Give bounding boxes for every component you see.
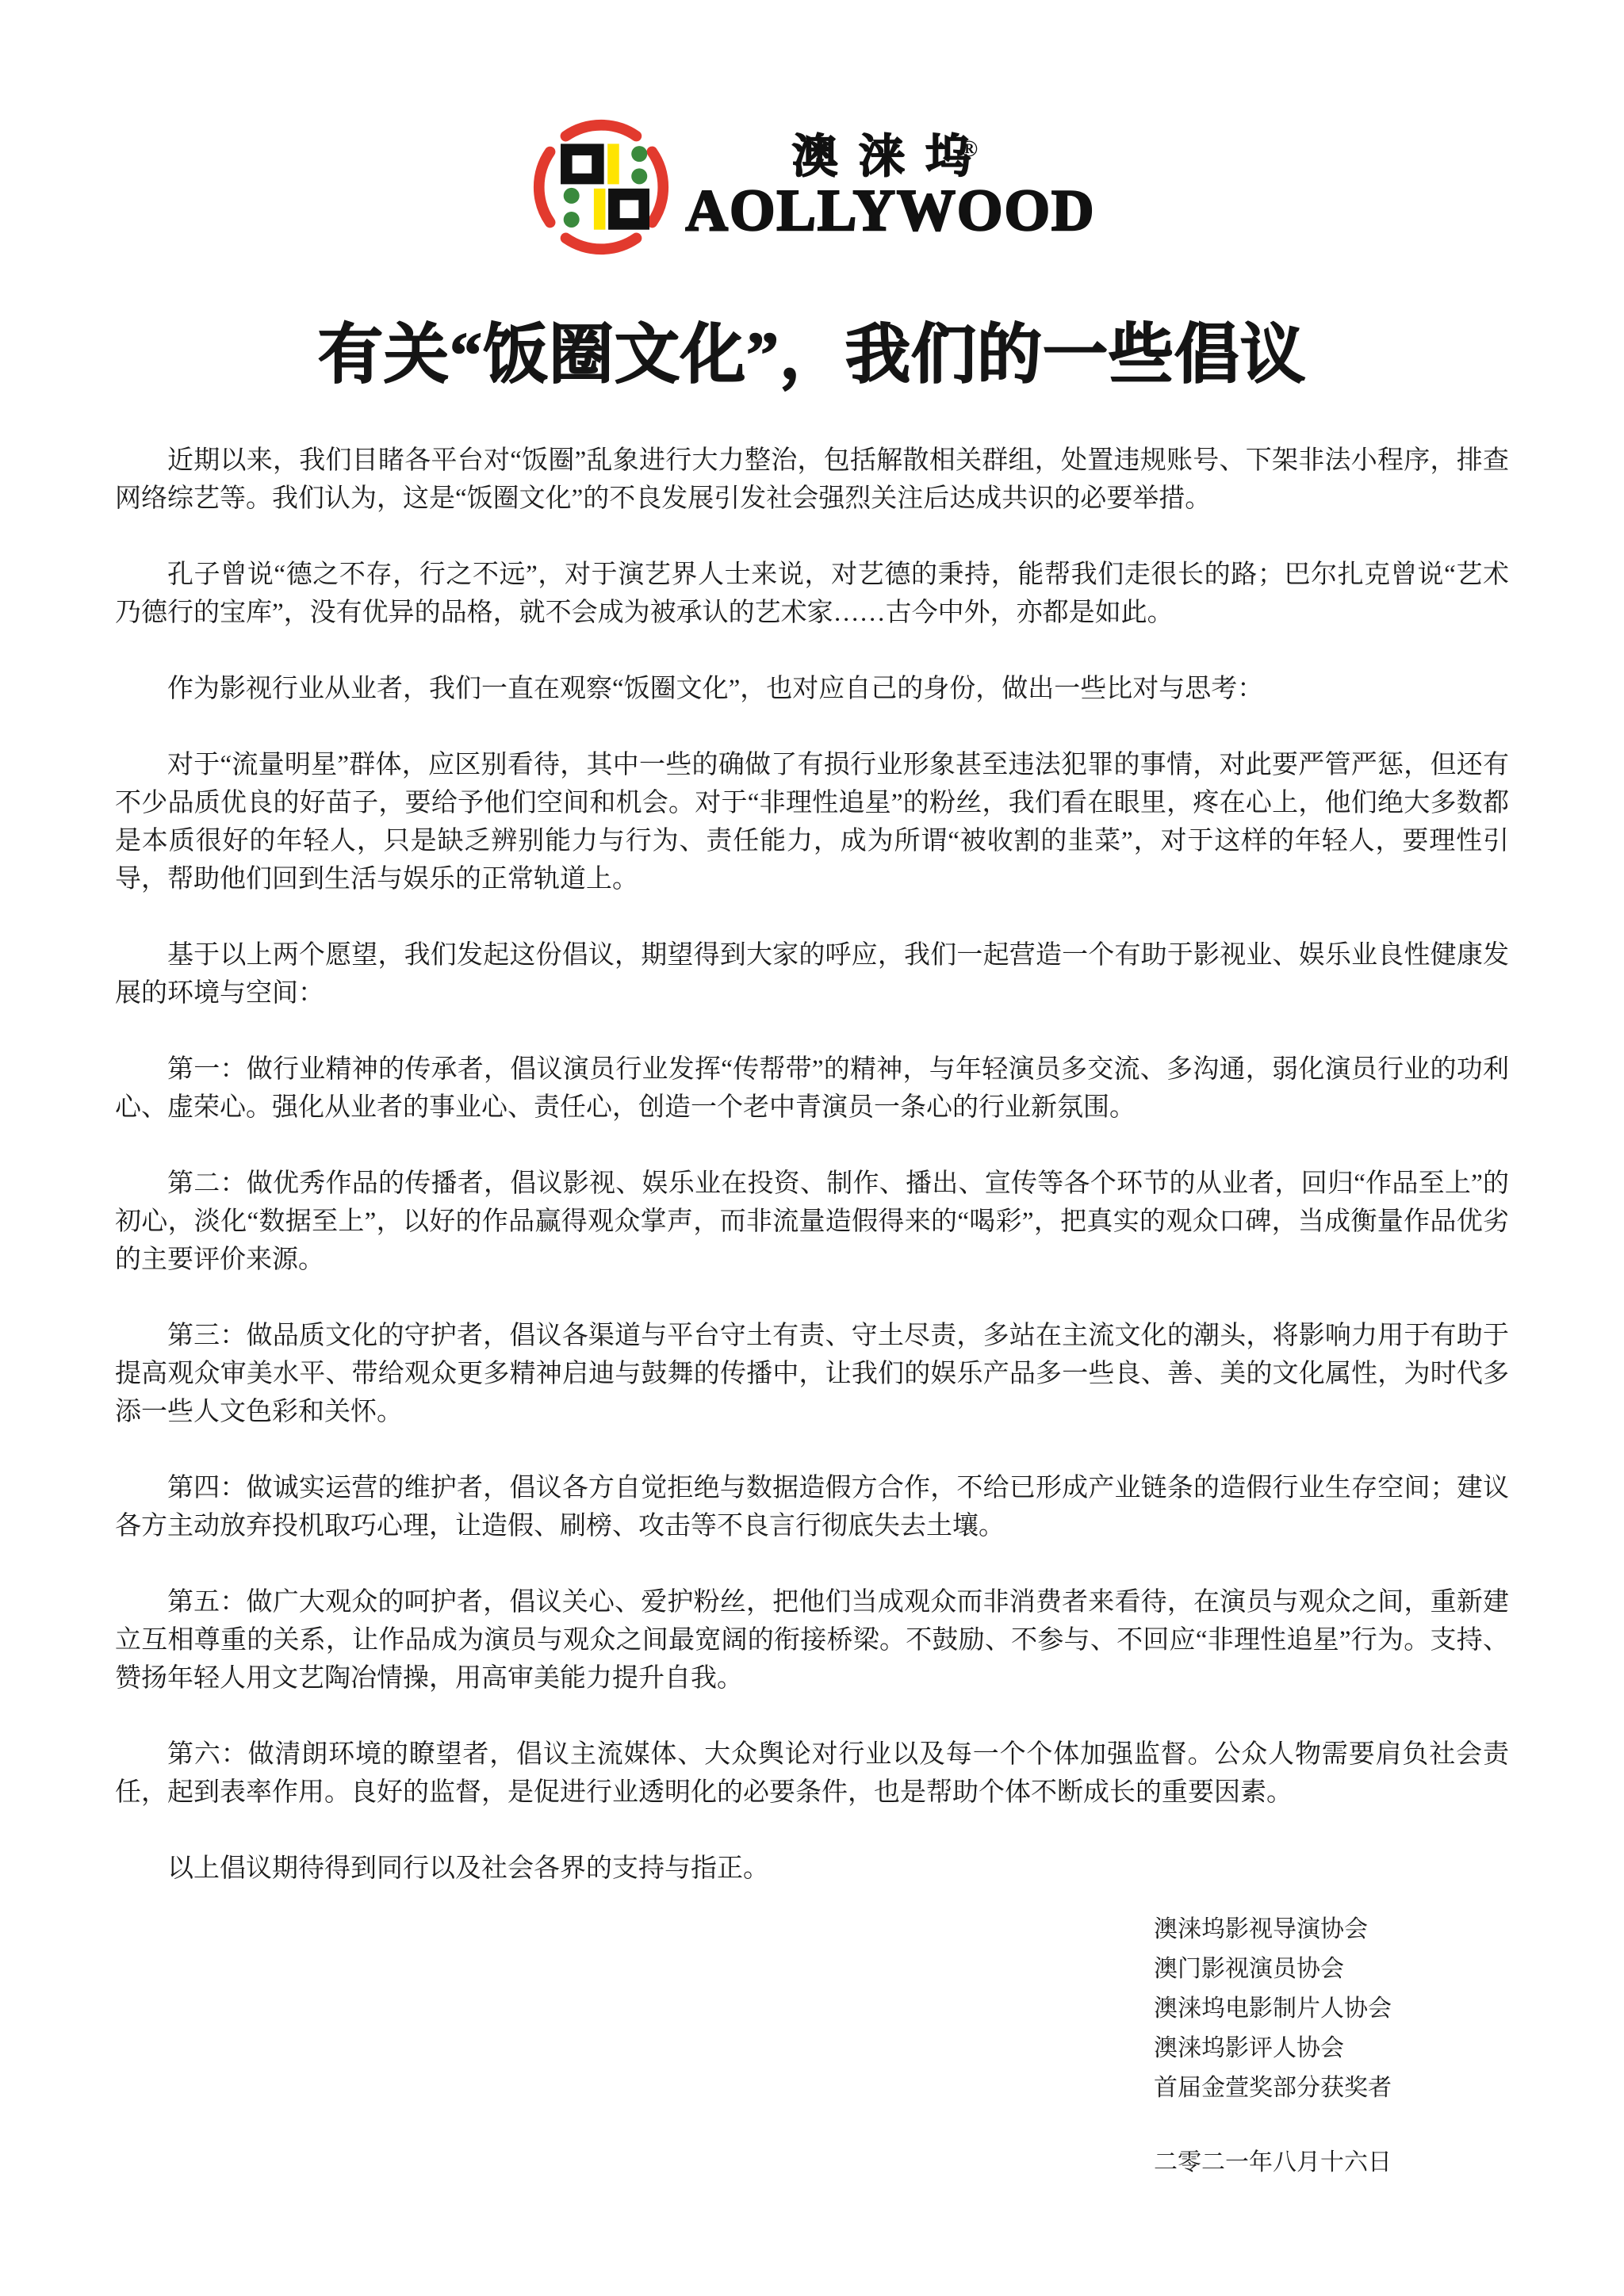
document-page: 澳涞坞® AOLLYWOOD 有关“饭圈文化”，我们的一些倡议 近期以来，我们目… (0, 0, 1624, 2296)
green-dot (631, 146, 647, 162)
signature-line: 澳涞坞电影制片人协会 (1154, 1989, 1624, 2029)
registered-trademark-mark: ® (960, 136, 978, 162)
paragraph: 第四：做诚实运营的维护者，倡议各方自觉拒绝与数据造假方合作，不给已形成产业链条的… (115, 1469, 1509, 1545)
brand-name-cn-row: 澳涞坞® (686, 134, 1096, 180)
qr-square-bottom-right-inner (619, 200, 638, 218)
aollywood-logo-icon (529, 113, 673, 262)
paragraph: 第六：做清朗环境的瞭望者，倡议主流媒体、大众舆论对行业以及每一个个体加强监督。公… (115, 1735, 1509, 1812)
green-dot (631, 168, 647, 184)
logo-circle (538, 125, 663, 250)
logo-text: 澳涞坞® AOLLYWOOD (686, 134, 1096, 240)
signature-line: 澳涞坞影视导演协会 (1154, 1910, 1624, 1950)
signature-block: 澳涞坞影视导演协会澳门影视演员协会澳涞坞电影制片人协会澳涞坞影评人协会首届金萱奖… (1154, 1910, 1624, 2108)
page-title: 有关“饭圈文化”，我们的一些倡议 (0, 303, 1624, 396)
paragraph: 孔子曾说“德之不存，行之不远”，对于演艺界人士来说，对艺德的秉持，能帮我们走很长… (115, 556, 1509, 632)
paragraph: 第三：做品质文化的守护者，倡议各渠道与平台守土有责、守土尽责，多站在主流文化的潮… (115, 1317, 1509, 1431)
qr-square-top-left-inner (572, 155, 592, 174)
brand-name-en: AOLLYWOOD (686, 182, 1096, 240)
paragraph: 第一：做行业精神的传承者，倡议演员行业发挥“传帮带”的精神，与年轻演员多交流、多… (115, 1050, 1509, 1127)
paragraph: 第五：做广大观众的呵护者，倡议关心、爱护粉丝，把他们当成观众而非消费者来看待，在… (115, 1583, 1509, 1697)
logo: 澳涞坞® AOLLYWOOD (0, 0, 1624, 262)
signature-line: 澳涞坞影评人协会 (1154, 2029, 1624, 2068)
paragraph: 第二：做优秀作品的传播者，倡议影视、娱乐业在投资、制作、播出、宣传等各个环节的从… (115, 1165, 1509, 1279)
date-line: 二零二一年八月十六日 (1154, 2143, 1624, 2183)
paragraph: 作为影视行业从业者，我们一直在观察“饭圈文化”，也对应自己的身份，做出一些比对与… (115, 670, 1509, 708)
body-text: 近期以来，我们目睹各平台对“饭圈”乱象进行大力整治，包括解散相关群组，处置违规账… (115, 442, 1509, 1888)
green-dot (563, 188, 579, 204)
paragraph: 对于“流量明星”群体，应区别看待，其中一些的确做了有损行业形象甚至违法犯罪的事情… (115, 746, 1509, 898)
yellow-bar-top (607, 143, 619, 184)
signature-line: 澳门影视演员协会 (1154, 1950, 1624, 1989)
green-dot (563, 212, 579, 228)
paragraph: 以上倡议期待得到同行以及社会各界的支持与指正。 (115, 1850, 1509, 1888)
yellow-bar-bottom (593, 189, 605, 230)
paragraph: 基于以上两个愿望，我们发起这份倡议，期望得到大家的呼应，我们一起营造一个有助于影… (115, 936, 1509, 1012)
signature-line: 首届金萱奖部分获奖者 (1154, 2068, 1624, 2108)
paragraph: 近期以来，我们目睹各平台对“饭圈”乱象进行大力整治，包括解散相关群组，处置违规账… (115, 442, 1509, 518)
